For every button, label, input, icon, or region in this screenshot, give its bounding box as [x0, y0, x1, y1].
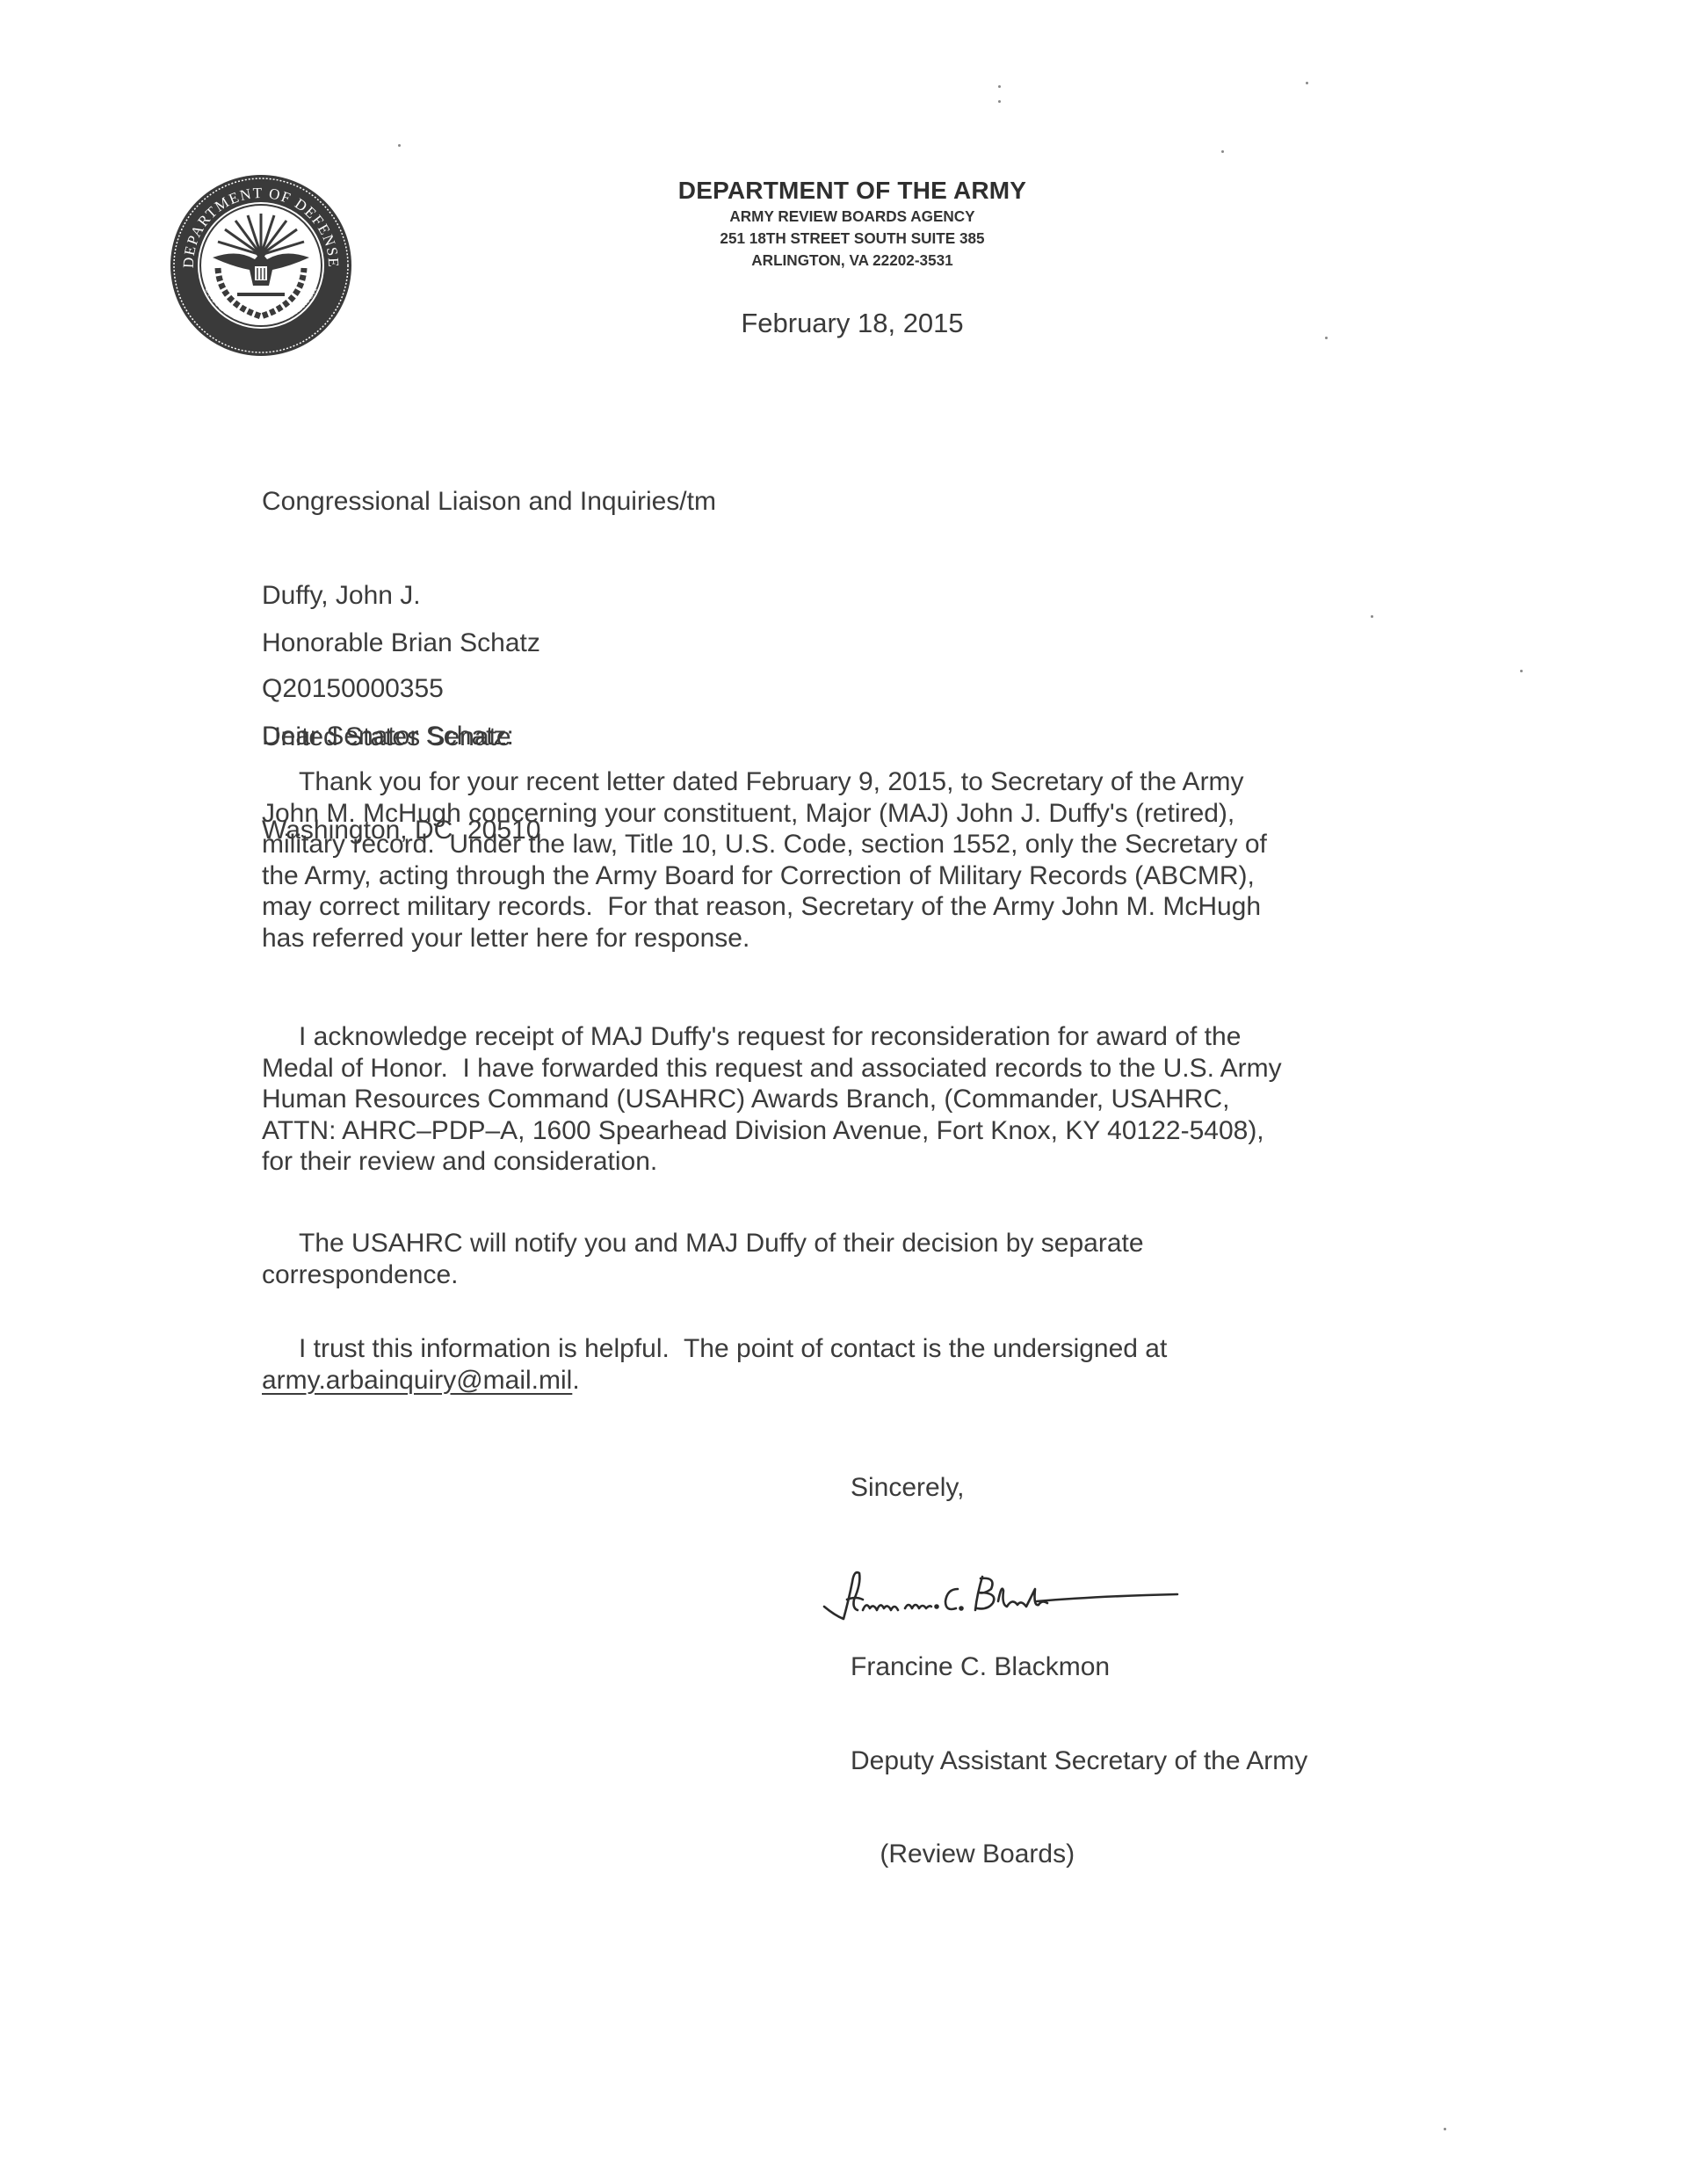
signer-title-sub: (Review Boards)	[851, 1839, 1307, 1870]
paragraph-line: Human Resources Command (USAHRC) Awards …	[262, 1084, 1457, 1115]
paragraph-line: has referred your letter here for respon…	[262, 923, 1457, 954]
scan-speck	[398, 144, 401, 147]
email-suffix: .	[572, 1366, 579, 1395]
paragraph-line: may correct military records. For that r…	[262, 891, 1457, 923]
closing: Sincerely,	[851, 1472, 965, 1504]
signer-name: Francine C. Blackmon	[851, 1651, 1307, 1683]
letterhead: DEPARTMENT OF THE ARMY ARMY REVIEW BOARD…	[0, 176, 1687, 272]
paragraph-line: correspondence.	[262, 1259, 1457, 1291]
paragraph-line: ATTN: AHRC–PDP–A, 1600 Spearhead Divisio…	[262, 1115, 1457, 1147]
letterhead-agency: ARMY REVIEW BOARDS AGENCY	[17, 206, 1687, 228]
paragraph-line: I acknowledge receipt of MAJ Duffy's req…	[262, 1021, 1457, 1053]
scan-speck	[1520, 670, 1523, 672]
recipient-name: Honorable Brian Schatz	[262, 628, 540, 659]
contact-line: army.arbainquiry@mail.mil.	[262, 1365, 1457, 1397]
scan-speck	[998, 100, 1001, 103]
body-paragraph: Thank you for your recent letter dated F…	[262, 766, 1457, 954]
signer-title: Deputy Assistant Secretary of the Army	[851, 1745, 1307, 1777]
scan-speck	[1221, 150, 1224, 153]
paragraph-line: for their review and consideration.	[262, 1146, 1457, 1178]
body-paragraph: The USAHRC will notify you and MAJ Duffy…	[262, 1228, 1457, 1290]
salutation: Dear Senator Schatz:	[262, 721, 514, 752]
letterhead-title: DEPARTMENT OF THE ARMY	[0, 176, 1687, 206]
paragraph-line: military record. Under the law, Title 10…	[262, 829, 1457, 860]
reference-office: Congressional Liaison and Inquiries/tm	[262, 486, 716, 518]
paragraph-line: Thank you for your recent letter dated F…	[262, 766, 1457, 798]
letterhead-address-line2: ARLINGTON, VA 22202-3531	[17, 250, 1687, 272]
scan-speck	[1325, 337, 1328, 339]
letter-date: February 18, 2015	[0, 308, 1687, 339]
paragraph-line: the Army, acting through the Army Board …	[262, 860, 1457, 892]
paragraph-line: I trust this information is helpful. The…	[262, 1333, 1457, 1365]
paragraph-line: John M. McHugh concerning your constitue…	[262, 798, 1457, 830]
letterhead-address-line1: 251 18TH STREET SOUTH SUITE 385	[17, 228, 1687, 250]
contact-email-link[interactable]: army.arbainquiry@mail.mil	[262, 1366, 572, 1395]
body-paragraph: I trust this information is helpful. The…	[262, 1333, 1457, 1396]
scan-speck	[1306, 82, 1308, 84]
paragraph-line: The USAHRC will notify you and MAJ Duffy…	[262, 1228, 1457, 1259]
paragraph-line: Medal of Honor. I have forwarded this re…	[262, 1053, 1457, 1085]
scan-speck	[1371, 615, 1373, 618]
scan-speck	[1444, 2128, 1446, 2130]
signer-block: Francine C. Blackmon Deputy Assistant Se…	[851, 1589, 1307, 1901]
scan-speck	[998, 85, 1001, 88]
body-paragraph: I acknowledge receipt of MAJ Duffy's req…	[262, 1021, 1457, 1178]
